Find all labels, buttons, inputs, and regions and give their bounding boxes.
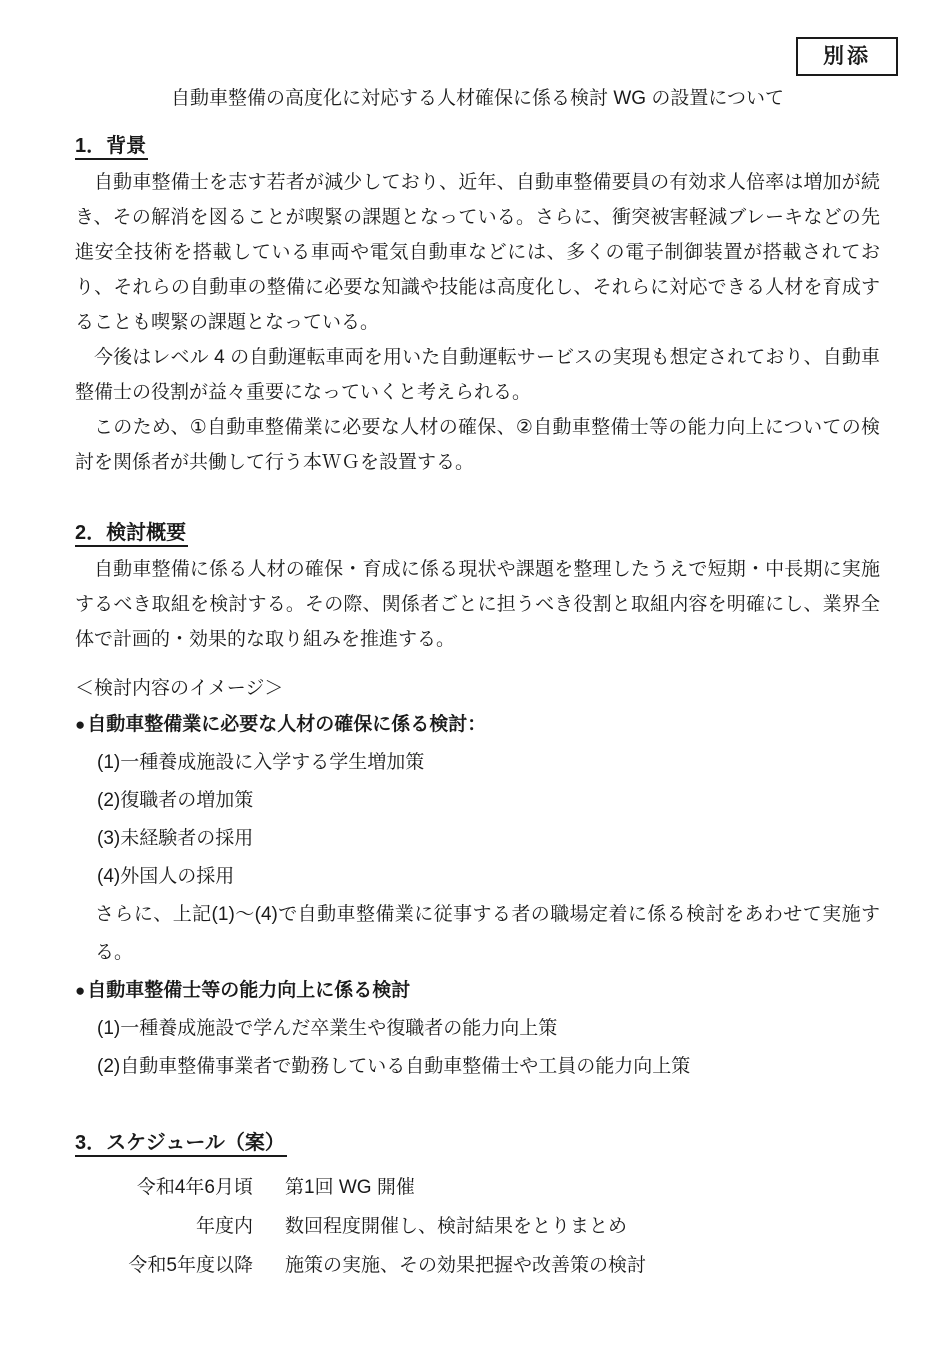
section-3-heading: 3．スケジュール（案） [75, 1130, 880, 1156]
section-1-heading: 1．背景 [75, 133, 880, 159]
bullet-group-1-title-text: 自動車整備業に必要な人材の確保に係る検討： [87, 706, 486, 744]
schedule-event: 第1回 WG 開催 [285, 1168, 415, 1207]
section-2-paragraph-1: 自動車整備に係る人材の確保・育成に係る現状や課題を整理したうえで短期・中長期に実… [75, 552, 880, 657]
section-1-paragraph-1: 自動車整備士を志す若者が減少しており、近年、自動車整備要員の有効求人倍率は増加が… [75, 165, 880, 340]
section-2-heading: 2．検討概要 [75, 520, 880, 546]
section-1-paragraph-3: このため、①自動車整備業に必要な人材の確保、②自動車整備士等の能力向上についての… [75, 410, 880, 480]
list-item: (4)外国人の採用 [75, 858, 880, 896]
schedule-event: 数回程度開催し、検討結果をとりまとめ [285, 1207, 627, 1246]
section-1-body: 自動車整備士を志す若者が減少しており、近年、自動車整備要員の有効求人倍率は増加が… [75, 165, 880, 480]
section-1-heading-text: 1．背景 [75, 135, 148, 160]
bullet-dot-icon: ● [75, 972, 85, 1010]
list-item: (3)未経験者の採用 [75, 820, 880, 858]
list-item: (1)一種養成施設に入学する学生増加策 [75, 744, 880, 782]
list-item: (2)自動車整備事業者で勤務している自動車整備士や工員の能力向上策 [75, 1048, 880, 1086]
list-item: (2)復職者の増加策 [75, 782, 880, 820]
bullet-group-2-title-text: 自動車整備士等の能力向上に係る検討 [87, 972, 410, 1010]
bullet-group-1-title: ● 自動車整備業に必要な人材の確保に係る検討： [75, 706, 880, 744]
schedule-row: 令和4年6月頃 第1回 WG 開催 [75, 1168, 880, 1207]
bullet-dot-icon: ● [75, 706, 85, 744]
schedule-date: 年度内 [75, 1207, 253, 1246]
document-page: 別添 自動車整備の高度化に対応する人材確保に係る検討 WG の設置について 1．… [0, 0, 934, 1350]
schedule-date: 令和5年度以降 [75, 1246, 253, 1285]
bullet-group-2-title: ● 自動車整備士等の能力向上に係る検討 [75, 972, 880, 1010]
schedule-row: 年度内 数回程度開催し、検討結果をとりまとめ [75, 1207, 880, 1246]
section-3-heading-text: 3．スケジュール（案） [75, 1132, 287, 1157]
section-1-paragraph-2: 今後はレベル 4 の自動運転車両を用いた自動運転サービスの実現も想定されており、… [75, 340, 880, 410]
schedule-date: 令和4年6月頃 [75, 1168, 253, 1207]
document-title: 自動車整備の高度化に対応する人材確保に係る検討 WG の設置について [75, 86, 880, 112]
bullet-group-1-note: さらに、上記(1)～(4)で自動車整備業に従事する者の職場定着に係る検討をあわせ… [75, 896, 880, 972]
study-content-image-label: ＜検討内容のイメージ＞ [75, 671, 880, 706]
section-2-body: 自動車整備に係る人材の確保・育成に係る現状や課題を整理したうえで短期・中長期に実… [75, 552, 880, 657]
list-item: (1)一種養成施設で学んだ卒業生や復職者の能力向上策 [75, 1010, 880, 1048]
schedule-event: 施策の実施、その効果把握や改善策の検討 [285, 1246, 646, 1285]
schedule-row: 令和5年度以降 施策の実施、その効果把握や改善策の検討 [75, 1246, 880, 1285]
schedule-table: 令和4年6月頃 第1回 WG 開催 年度内 数回程度開催し、検討結果をとりまとめ… [75, 1168, 880, 1285]
bullet-group-2: ● 自動車整備士等の能力向上に係る検討 (1)一種養成施設で学んだ卒業生や復職者… [75, 972, 880, 1086]
attachment-badge: 別添 [796, 37, 898, 76]
bullet-group-1: ● 自動車整備業に必要な人材の確保に係る検討： (1)一種養成施設に入学する学生… [75, 706, 880, 972]
section-2-heading-text: 2．検討概要 [75, 522, 188, 547]
